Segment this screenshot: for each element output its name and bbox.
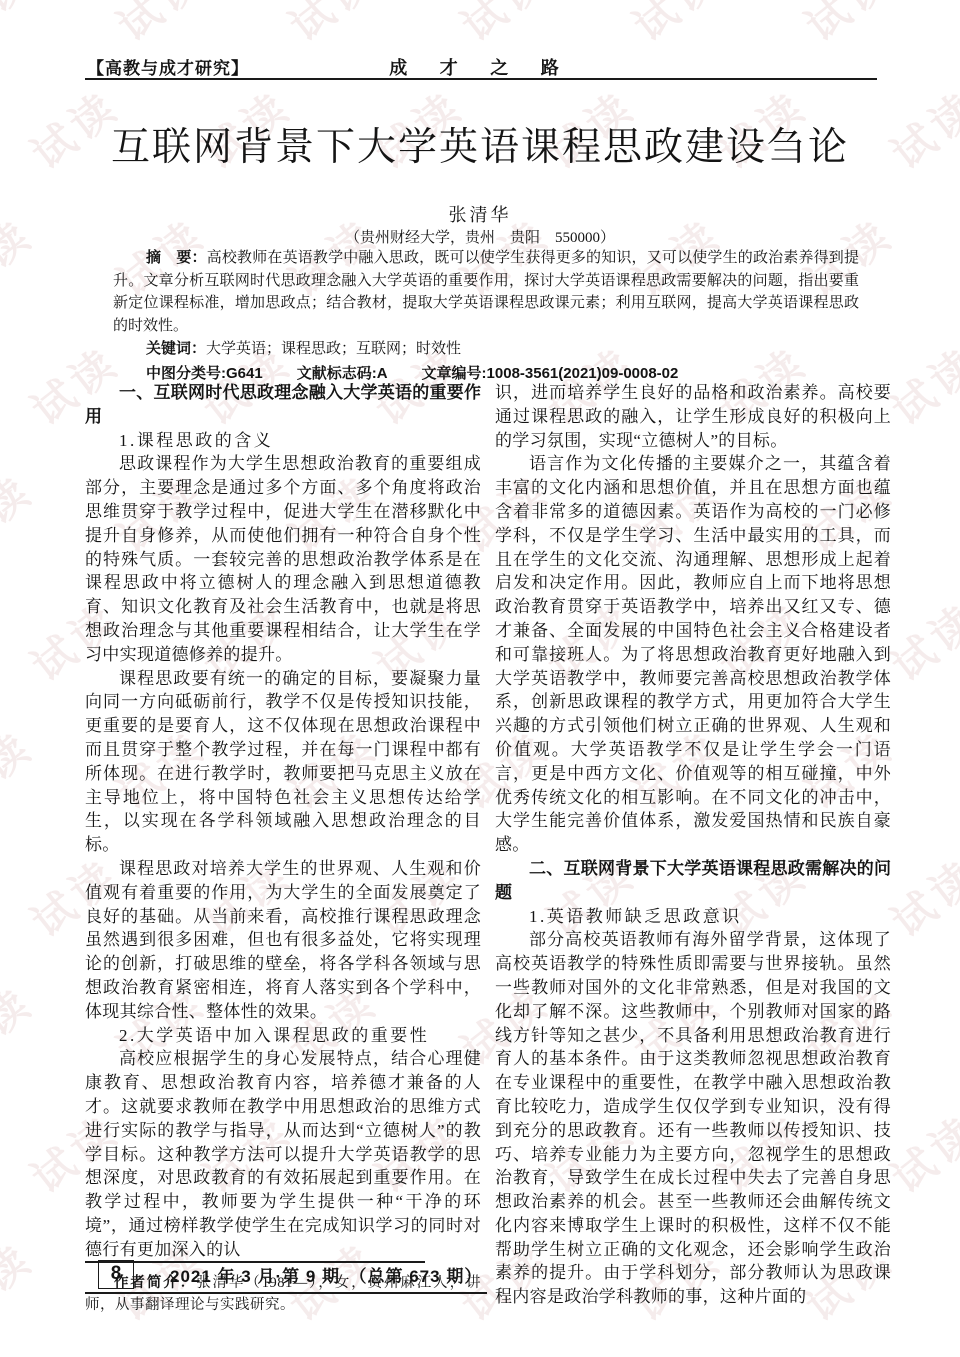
subsection-heading-1-1: 1.课程思政的含义	[85, 429, 481, 453]
right-column: 识，进而培养学生良好的品格和政治素养。高校要通过课程思政的融入，让学生形成良好的…	[495, 381, 891, 1255]
abstract: 摘 要：高校教师在英语教学中融入思政，既可以使学生获得更多的知识，又可以使学生的…	[113, 247, 859, 337]
abstract-text: 高校教师在英语教学中融入思政，既可以使学生获得更多的知识，又可以使学生的政治素养…	[113, 250, 859, 334]
article-title: 互联网背景下大学英语课程思政建设刍论	[0, 116, 960, 172]
paragraph: 课程思政对培养大学生的世界观、人生观和价值观有着重要的作用，为大学生的全面发展奠…	[85, 857, 481, 1024]
section-heading-1: 一、互联网时代思政理念融入大学英语的重要作用	[85, 381, 481, 429]
keywords-text: 大学英语；课程思政；互联网；时效性	[206, 341, 461, 357]
paragraph: 思政课程作为大学生思想政治教育的重要组成部分，主要理念是通过多个方面、多个角度将…	[85, 452, 481, 666]
keywords: 关键词：大学英语；课程思政；互联网；时效性	[113, 338, 859, 361]
paragraph: 课程思政要有统一的确定的目标，要凝聚力量向同一方向砥砺前行，教学不仅是传授知识技…	[85, 667, 481, 857]
doc-code: 文献标志码:A	[297, 365, 388, 382]
page-number: 8	[98, 1260, 134, 1289]
article-meta: 摘 要：高校教师在英语教学中融入思政，既可以使学生获得更多的知识，又可以使学生的…	[113, 247, 859, 385]
page-content: 【高教与成才研究】 成 才 之 路 互联网背景下大学英语课程思政建设刍论 张清华…	[0, 0, 960, 1357]
left-column: 一、互联网时代思政理念融入大学英语的重要作用 1.课程思政的含义 思政课程作为大…	[85, 381, 481, 1255]
paragraph: 识，进而培养学生良好的品格和政治素养。高校要通过课程思政的融入，让学生形成良好的…	[495, 381, 891, 452]
clc-number: 中图分类号:G641	[146, 365, 263, 382]
subsection-heading-2-1: 1.英语教师缺乏思政意识	[495, 905, 891, 929]
article-affiliation: （贵州财经大学，贵州 贵阳 550000）	[0, 226, 960, 247]
article-number: 文章编号:1008-3561(2021)09-0008-02	[422, 365, 679, 382]
page-footer: 8 2021 年 3 月·第 9 期 （总第 673 期）	[85, 1260, 487, 1294]
paragraph: 部分高校英语教师有海外留学背景，这体现了高校英语教学的特殊性质即需要与世界接轨。…	[495, 928, 891, 1309]
header-rule	[85, 78, 877, 80]
document-page: 试读试读试读试读试读试读试读试读试读试读试读试读试读试读试读试读试读试读试读试读…	[0, 0, 960, 1357]
running-head-journal: 成 才 之 路	[85, 54, 877, 80]
body-columns: 一、互联网时代思政理念融入大学英语的重要作用 1.课程思政的含义 思政课程作为大…	[85, 381, 891, 1255]
paragraph: 语言作为文化传播的主要媒介之一，其蕴含着丰富的文化内涵和思想价值，并且在思想方面…	[495, 452, 891, 857]
issue-info: 2021 年 3 月·第 9 期 （总第 673 期）	[170, 1262, 482, 1287]
section-heading-2: 二、互联网背景下大学英语课程思政需解决的问题	[495, 857, 891, 905]
running-head: 【高教与成才研究】 成 才 之 路	[85, 54, 877, 78]
paragraph: 高校应根据学生的身心发展特点，结合心理健康教育、思想政治教育内容，培养德才兼备的…	[85, 1047, 481, 1261]
subsection-heading-1-2: 2.大学英语中加入课程思政的重要性	[85, 1024, 481, 1048]
article-author: 张清华	[0, 201, 960, 227]
abstract-label: 摘 要：	[146, 249, 207, 266]
keywords-label: 关键词：	[146, 340, 206, 357]
